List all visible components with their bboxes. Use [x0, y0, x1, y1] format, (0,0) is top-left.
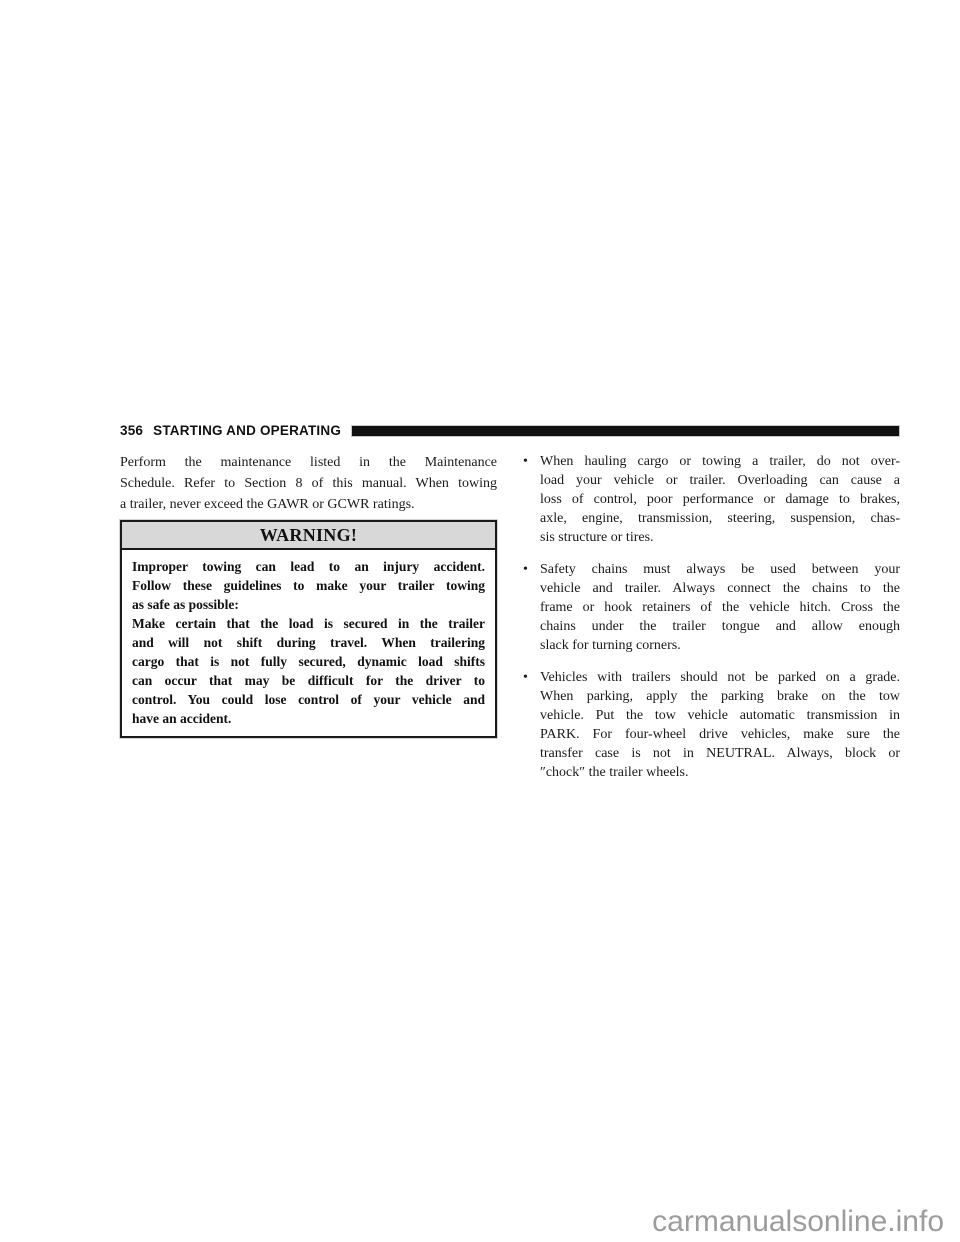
text-line: Safety chains must always be used betwee… [540, 560, 900, 579]
right-column: • When hauling cargo or towing a trailer… [515, 452, 900, 795]
header-rule-bar [351, 425, 900, 437]
manual-page: { "page": { "header": { "page_number": "… [0, 0, 960, 1242]
text-line: Follow these guidelines to make your tra… [132, 576, 485, 595]
text-line: Vehicles with trailers should not be par… [540, 668, 900, 687]
text-line: can occur that may be difficult for the … [132, 671, 485, 690]
bullet-marker-icon: • [515, 560, 540, 655]
text-line: as safe as possible: [132, 595, 485, 614]
bullet-text: When hauling cargo or towing a trailer, … [540, 452, 900, 547]
text-line: loss of control, poor performance or dam… [540, 490, 900, 509]
warning-body: Improper towing can lead to an injury ac… [122, 550, 495, 736]
bullet-marker-icon: • [515, 668, 540, 782]
warning-box: WARNING! Improper towing can lead to an … [120, 520, 497, 738]
section-title: STARTING AND OPERATING [153, 424, 341, 438]
text-line: control. You could lose control of your … [132, 690, 485, 709]
text-line: When parking, apply the parking brake on… [540, 687, 900, 706]
text-line: When hauling cargo or towing a trailer, … [540, 452, 900, 471]
bullet-item: • Safety chains must always be used betw… [515, 560, 900, 655]
text-line: have an accident. [132, 709, 485, 728]
bullet-text: Vehicles with trailers should not be par… [540, 668, 900, 782]
two-column-layout: Perform the maintenance listed in the Ma… [120, 452, 900, 795]
text-line: Perform the maintenance listed in the Ma… [120, 452, 497, 473]
warning-paragraph: Make certain that the load is secured in… [132, 614, 485, 728]
text-line: PARK. For four-wheel drive vehicles, mak… [540, 725, 900, 744]
text-line: transfer case is not in NEUTRAL. Always,… [540, 744, 900, 763]
text-line: vehicle and trailer. Always connect the … [540, 579, 900, 598]
text-line: ″chock″ the trailer wheels. [540, 763, 900, 782]
text-line: chains under the trailer tongue and allo… [540, 617, 900, 636]
page-header: 356 STARTING AND OPERATING [120, 424, 900, 438]
bullet-marker-icon: • [515, 452, 540, 547]
text-line: load your vehicle or trailer. Overloadin… [540, 471, 900, 490]
text-line: frame or hook retainers of the vehicle h… [540, 598, 900, 617]
text-line: Schedule. Refer to Section 8 of this man… [120, 473, 497, 494]
watermark: carmanualsonline.info [652, 1204, 944, 1240]
bullet-text: Safety chains must always be used betwee… [540, 560, 900, 655]
text-line: slack for turning corners. [540, 636, 900, 655]
warning-title: WARNING! [122, 522, 495, 550]
page-content: 356 STARTING AND OPERATING Perform the m… [120, 424, 900, 795]
text-line: Make certain that the load is secured in… [132, 614, 485, 633]
bullet-item: • Vehicles with trailers should not be p… [515, 668, 900, 782]
intro-paragraph: Perform the maintenance listed in the Ma… [120, 452, 497, 515]
text-line: axle, engine, transmission, steering, su… [540, 509, 900, 528]
text-line: sis structure or tires. [540, 528, 900, 547]
text-line: vehicle. Put the tow vehicle automatic t… [540, 706, 900, 725]
page-number: 356 [120, 424, 143, 438]
text-line: Improper towing can lead to an injury ac… [132, 557, 485, 576]
bullet-item: • When hauling cargo or towing a trailer… [515, 452, 900, 547]
text-line: and will not shift during travel. When t… [132, 633, 485, 652]
text-line: a trailer, never exceed the GAWR or GCWR… [120, 494, 497, 515]
text-line: cargo that is not fully secured, dynamic… [132, 652, 485, 671]
left-column: Perform the maintenance listed in the Ma… [120, 452, 497, 795]
warning-paragraph: Improper towing can lead to an injury ac… [132, 557, 485, 614]
